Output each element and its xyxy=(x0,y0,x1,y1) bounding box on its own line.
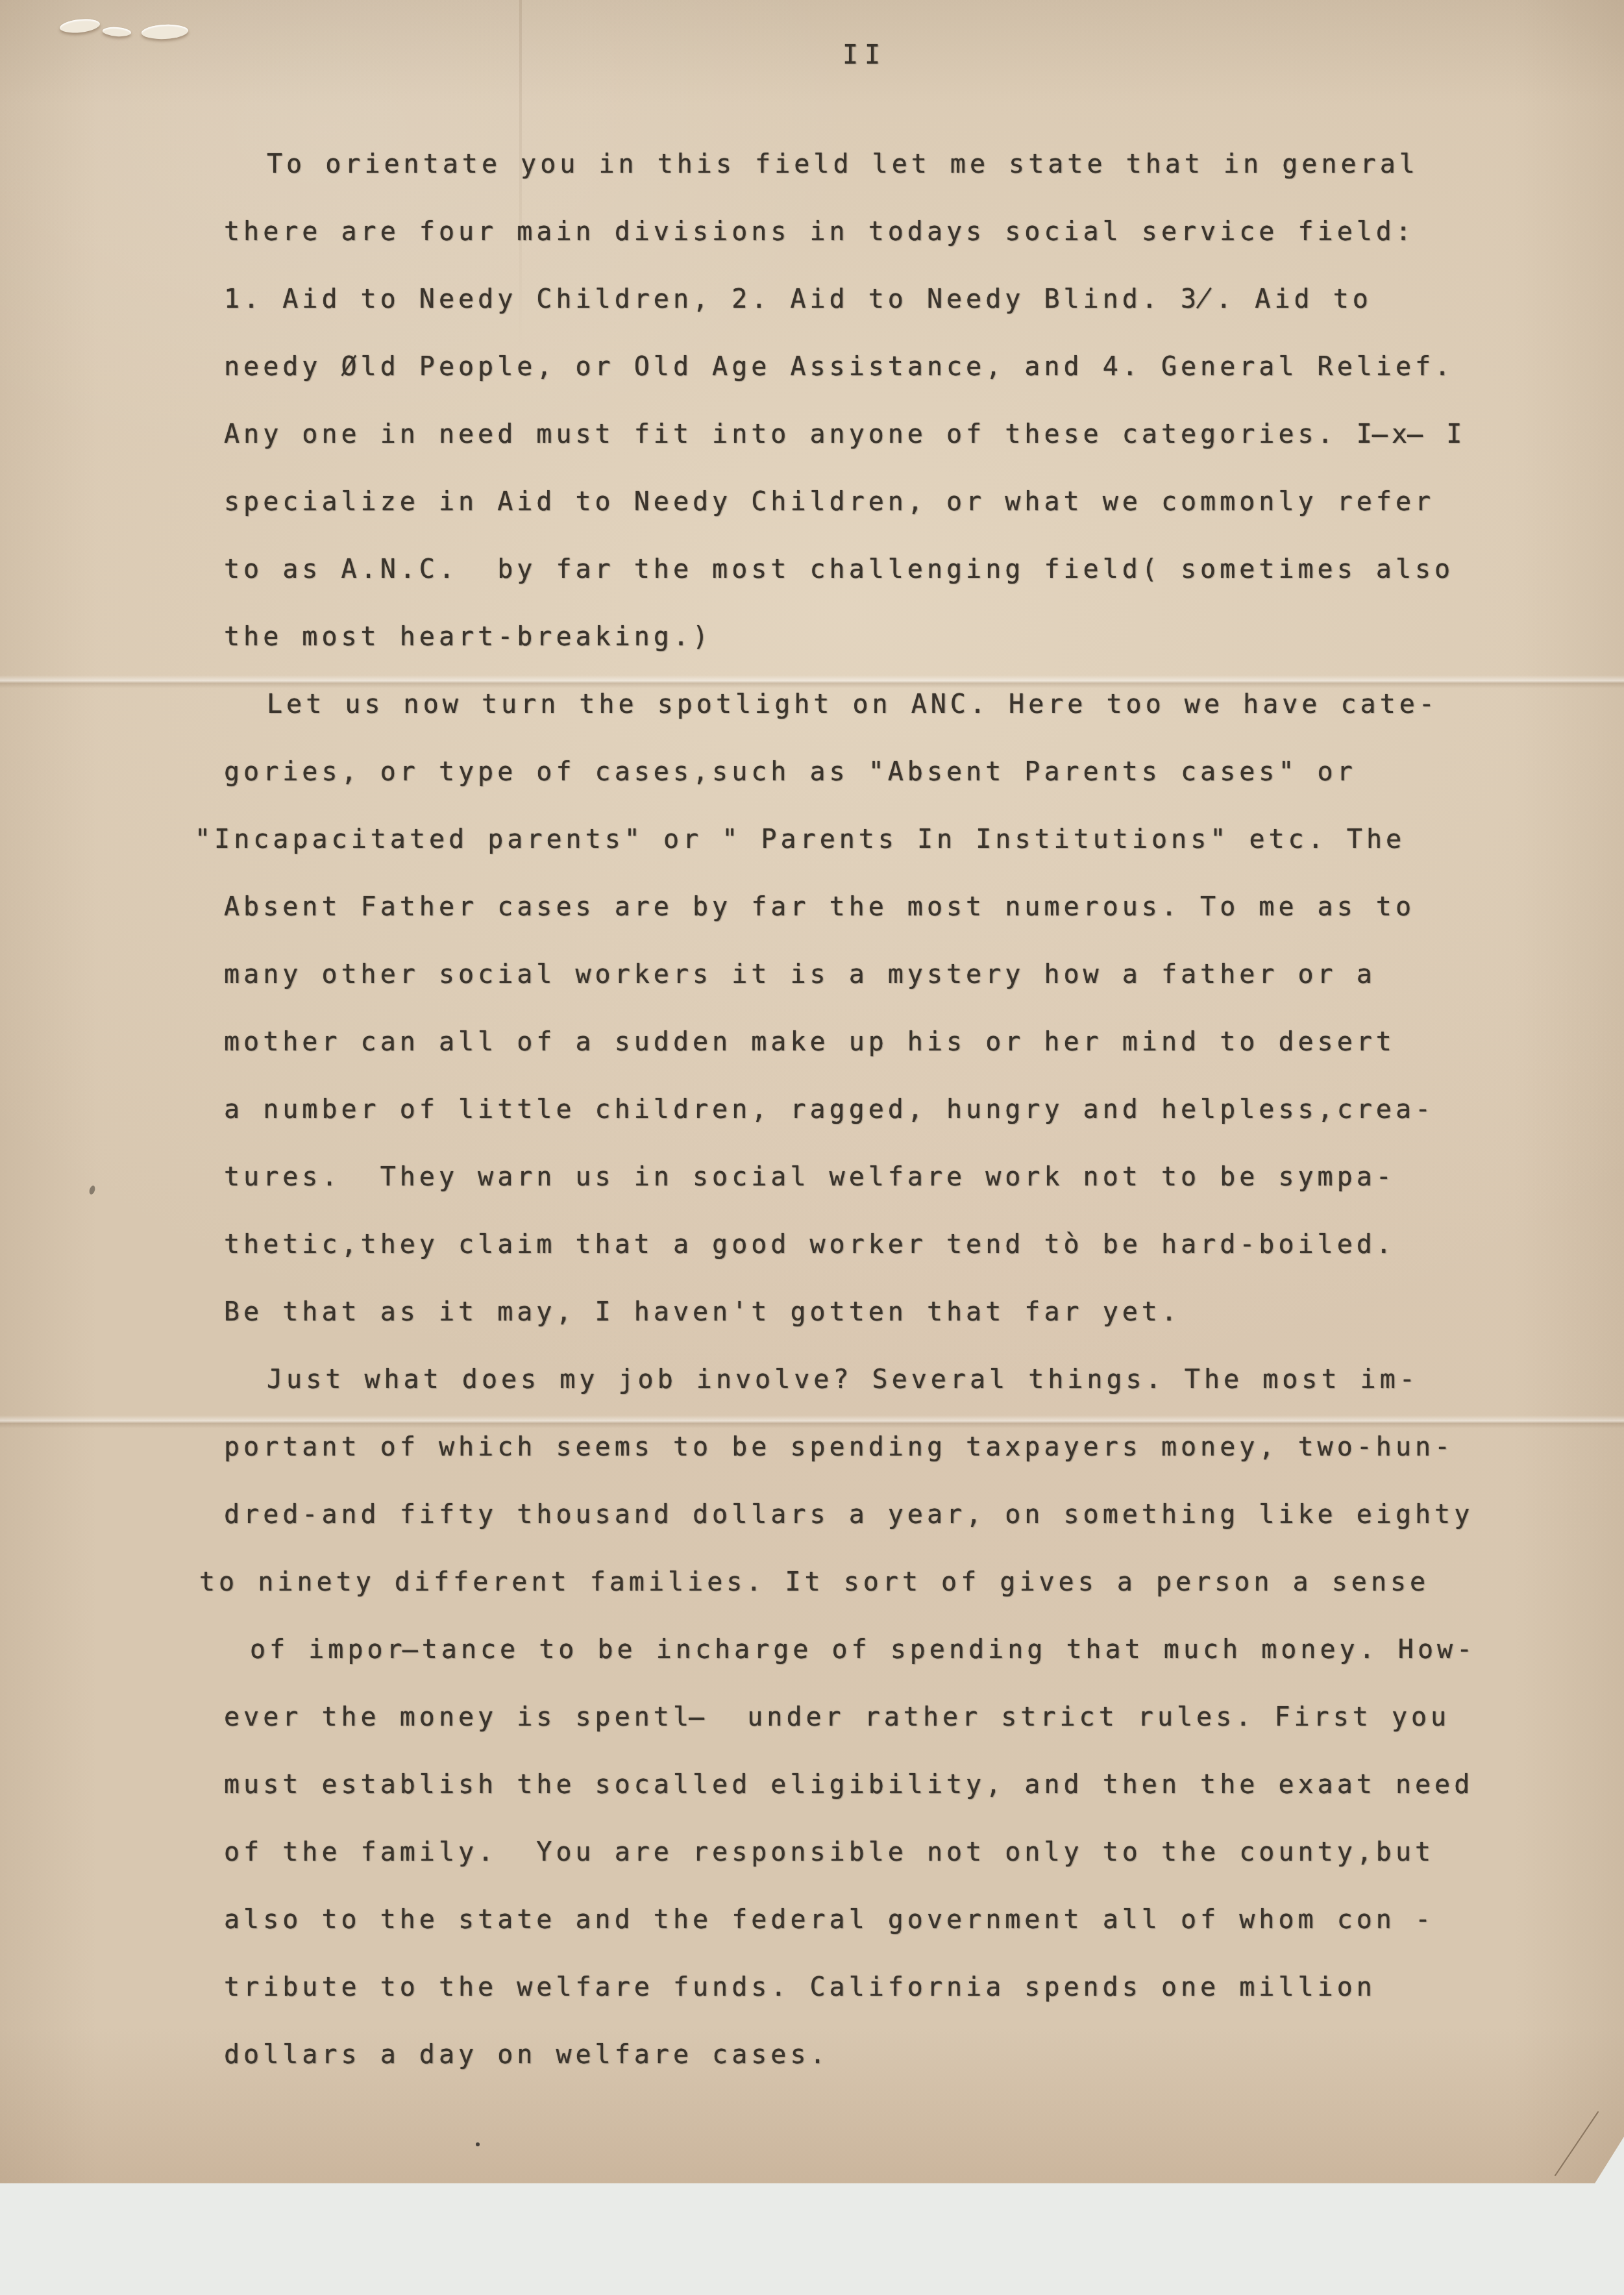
typed-line: a number of little children, ragged, hun… xyxy=(224,1076,1542,1143)
typed-line: tures. They warn us in social welfare wo… xyxy=(224,1143,1542,1211)
paragraph: Just what does my job involve? Several t… xyxy=(224,1346,1542,2089)
typed-line: must establish the socalled eligibility,… xyxy=(224,1751,1542,1818)
ink-speck xyxy=(476,2142,480,2146)
typed-text-block: To orientate you in this field let me st… xyxy=(224,130,1542,2089)
typed-line: tribute to the welfare funds. California… xyxy=(224,1954,1542,2021)
typed-line: 1. Aid to Needy Children, 2. Aid to Need… xyxy=(224,266,1542,333)
typed-line: ever the money is spentl̶ under rather s… xyxy=(224,1683,1542,1751)
paper-tear-mark xyxy=(59,18,101,34)
typed-line: "Incapacitated parents" or " Parents In … xyxy=(195,806,1542,873)
typed-line: the most heart-breaking.) xyxy=(224,603,1542,671)
typed-line: Any one in need must fit into anyone of … xyxy=(224,401,1542,468)
typed-line: portant of which seems to be spending ta… xyxy=(224,1413,1542,1481)
paper-sheet: II To orientate you in this field let me… xyxy=(0,0,1624,2183)
typed-line: thetic,they claim that a good worker ten… xyxy=(224,1211,1542,1278)
typed-line: specialize in Aid to Needy Children, or … xyxy=(224,468,1542,536)
typed-line: Just what does my job involve? Several t… xyxy=(267,1346,1542,1413)
paper-tear-mark xyxy=(103,26,132,37)
typed-line: of impor̶tance to be incharge of spendin… xyxy=(250,1616,1542,1683)
typed-line: many other social workers it is a myster… xyxy=(224,941,1542,1008)
typed-line: there are four main divisions in todays … xyxy=(224,198,1542,266)
typed-line: to ninety different families. It sort of… xyxy=(199,1548,1542,1616)
typed-line: dollars a day on welfare cases. xyxy=(224,2021,1542,2089)
typed-line: to as A.N.C. by far the most challenging… xyxy=(224,536,1542,603)
paragraph: Let us now turn the spotlight on ANC. He… xyxy=(224,671,1542,1346)
margin-mark xyxy=(88,1185,96,1195)
typed-line: dred-and fifty thousand dollars a year, … xyxy=(224,1481,1542,1548)
typed-line: mother can all of a sudden make up his o… xyxy=(224,1008,1542,1076)
scanned-document: II To orientate you in this field let me… xyxy=(0,0,1624,2295)
typed-line: needy Øld People, or Old Age Assistance,… xyxy=(224,333,1542,401)
typed-line: Let us now turn the spotlight on ANC. He… xyxy=(267,671,1542,738)
typed-line: also to the state and the federal govern… xyxy=(224,1886,1542,1954)
typed-line: of the family. You are responsible not o… xyxy=(224,1818,1542,1886)
typed-line: To orientate you in this field let me st… xyxy=(267,130,1542,198)
typed-line: Be that as it may, I haven't gotten that… xyxy=(224,1278,1542,1346)
typed-line: gories, or type of cases,such as "Absent… xyxy=(224,738,1542,806)
typed-line: Absent Father cases are by far the most … xyxy=(224,873,1542,941)
paper-tear-mark xyxy=(141,23,188,40)
page-number: II xyxy=(843,22,887,89)
paragraph: To orientate you in this field let me st… xyxy=(224,130,1542,671)
